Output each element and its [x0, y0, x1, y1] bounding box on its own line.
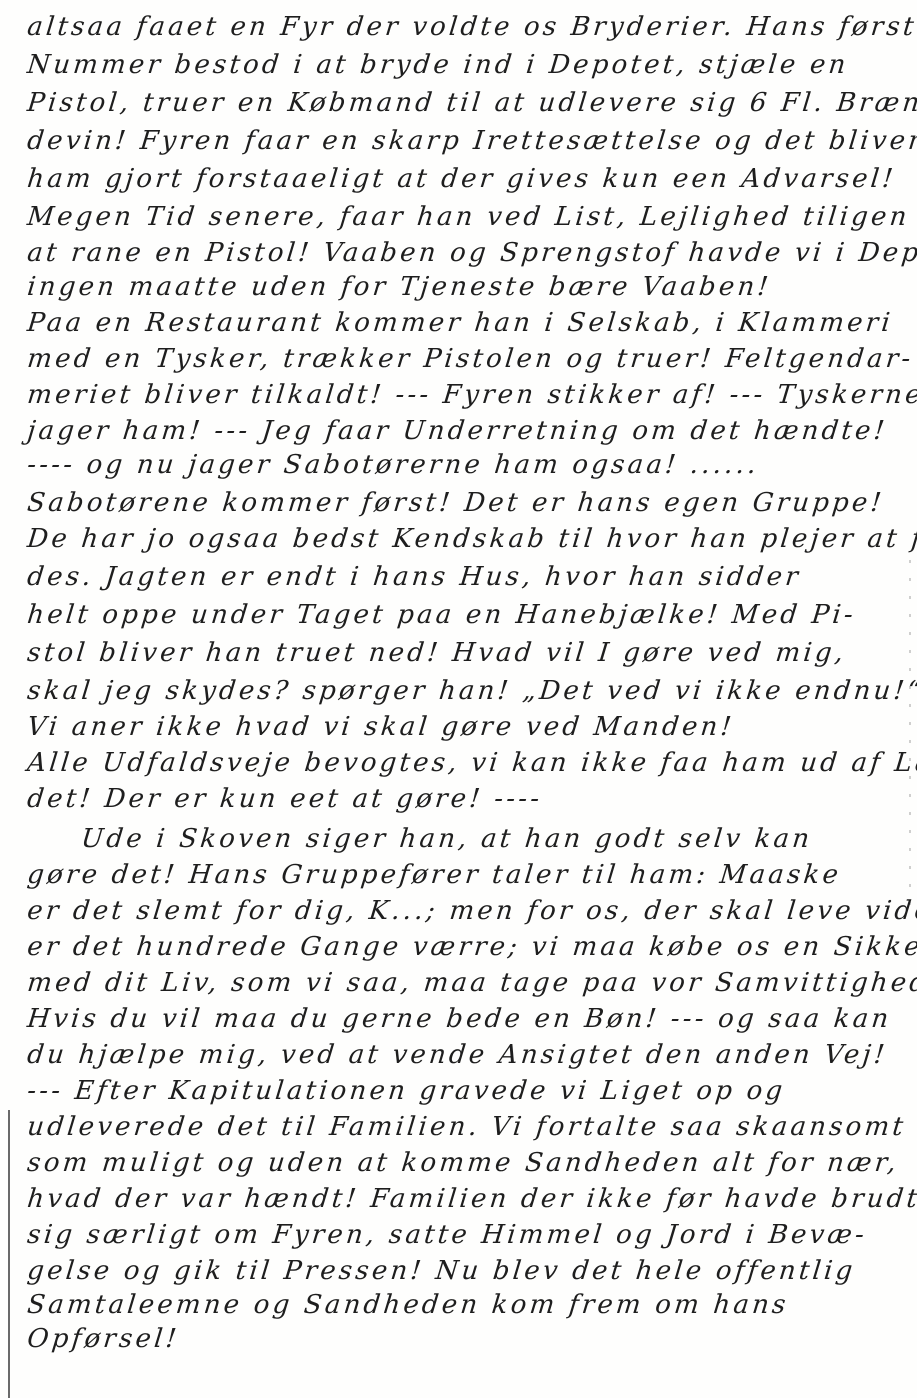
- text-line: er det slemt for dig, K...; men for os, …: [26, 898, 917, 924]
- text-line: gøre det! Hans Gruppefører taler til ham…: [26, 862, 843, 888]
- scan-edge-marks: [909, 560, 911, 920]
- text-line: du hjælpe mig, ved at vende Ansigtet den…: [26, 1042, 889, 1068]
- text-line: helt oppe under Taget paa en Hanebjælke!…: [26, 602, 857, 628]
- text-line: Hvis du vil maa du gerne bede en Bøn! --…: [26, 1006, 893, 1032]
- text-line: Opførsel!: [26, 1326, 181, 1352]
- text-line: des. Jagten er endt i hans Hus, hvor han…: [26, 564, 802, 590]
- document-page: altsaa faaet en Fyr der voldte os Bryder…: [0, 0, 917, 1398]
- text-line: det! Der er kun eet at gøre! ----: [26, 786, 544, 812]
- text-line: Vi aner ikke hvad vi skal gøre ved Mande…: [26, 714, 736, 740]
- text-line: Samtaleemne og Sandheden kom frem om han…: [26, 1292, 790, 1318]
- text-line: Megen Tid senere, faar han ved List, Lej…: [26, 204, 911, 230]
- text-line: De har jo ogsaa bedst Kendskab til hvor …: [26, 526, 917, 552]
- text-line: med en Tysker, trækker Pistolen og truer…: [26, 346, 915, 372]
- text-line: hvad der var hændt! Familien der ikke fø…: [26, 1186, 917, 1212]
- text-line: Nummer bestod i at bryde ind i Depotet, …: [26, 52, 850, 78]
- text-line: Paa en Restaurant kommer han i Selskab, …: [26, 310, 894, 336]
- text-line: at rane en Pistol! Vaaben og Sprengstof …: [26, 240, 917, 266]
- text-line: altsaa faaet en Fyr der voldte os Bryder…: [26, 14, 917, 40]
- text-line: Pistol, truer en Købmand til at udlevere…: [26, 90, 917, 116]
- text-line: Sabotørene kommer først! Det er hans ege…: [26, 490, 886, 516]
- text-line: sig særligt om Fyren, satte Himmel og Jo…: [26, 1222, 869, 1248]
- text-line: Alle Udfaldsveje bevogtes, vi kan ikke f…: [26, 750, 917, 776]
- left-margin-line: [8, 1110, 10, 1398]
- text-line: --- Efter Kapitulationen gravede vi Lige…: [26, 1078, 787, 1104]
- text-line: meriet bliver tilkaldt! --- Fyren stikke…: [26, 382, 917, 408]
- text-line: skal jeg skydes? spørger han! „Det ved v…: [26, 678, 917, 704]
- text-line: ---- og nu jager Sabotørerne ham ogsaa! …: [26, 452, 760, 478]
- text-line: ingen maatte uden for Tjeneste bære Vaab…: [26, 274, 773, 300]
- text-line: udleverede det til Familien. Vi fortalte…: [26, 1114, 907, 1140]
- text-line: Ude i Skoven siger han, at han godt selv…: [80, 826, 814, 852]
- text-line: med dit Liv, som vi saa, maa tage paa vo…: [26, 970, 917, 996]
- text-line: devin! Fyren faar en skarp Irettesættels…: [26, 128, 917, 154]
- text-line: gelse og gik til Pressen! Nu blev det he…: [26, 1258, 857, 1284]
- text-line: ham gjort forstaaeligt at der gives kun …: [26, 166, 897, 192]
- text-line: er det hundrede Gange værre; vi maa købe…: [26, 934, 917, 960]
- text-line: som muligt og uden at komme Sandheden al…: [26, 1150, 900, 1176]
- text-line: jager ham! --- Jeg faar Underretning om …: [26, 418, 889, 444]
- text-line: stol bliver han truet ned! Hvad vil I gø…: [26, 640, 848, 666]
